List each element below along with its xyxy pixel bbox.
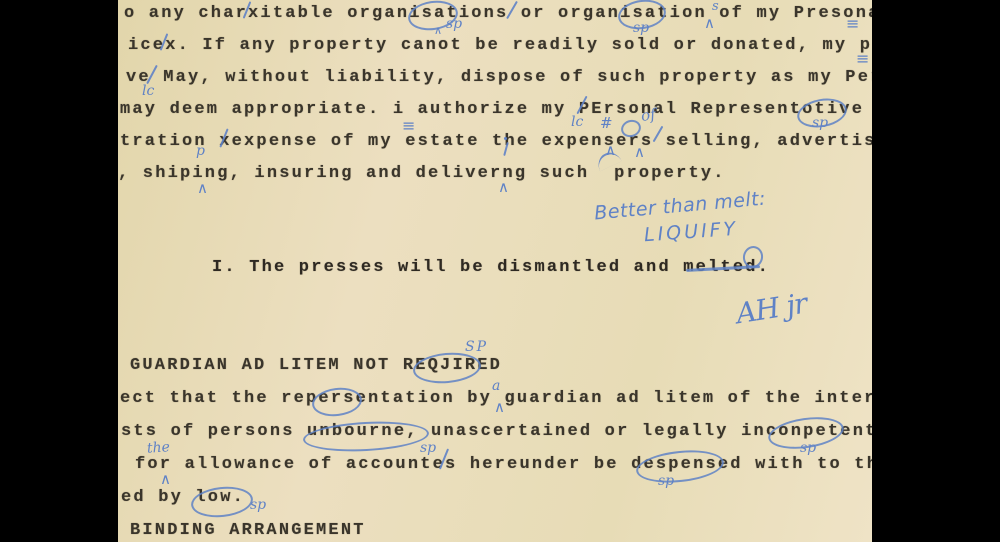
typed-line: o any charxitable organisations or organ… [124,4,872,24]
scanned-document-photo: o any charxitable organisations or organ… [0,0,1000,542]
proofmark-sp-label: sp [633,21,649,35]
proofmark-caret-canot: ∧ [434,25,442,36]
proofmark-sp-label: sp [812,116,828,130]
proofmark-insert-of: of [640,107,656,123]
proofmark-insert-space: # [600,116,613,130]
typed-heading-binding: BINDING ARRANGEMENT [130,521,366,541]
proofmark-lc-label: lc [571,115,583,129]
typed-line: sts of persons unbourne, unascertained o… [121,422,872,442]
typed-line: , shiping, insuring and deliverng such p… [118,164,726,184]
proofmark-caret-shiping: ∧ [197,181,208,196]
proofmark-triple-underline-i: ≡ [402,118,415,134]
proofmark-sp-label: sp [800,441,816,455]
proofmark-sp-label: sp [658,474,674,488]
proofmark-caret-deliverng: ∧ [498,180,509,195]
proofmark-sp-label: sp [420,441,436,455]
proofmark-triple-underline: ≡ [856,51,869,67]
proofmark-caret: ∧ [704,16,715,31]
proofmark-sp-label-caps: SP [465,340,488,354]
proofmark-insert-the: the [147,440,171,456]
proofmark-lc-label: lc [142,84,154,98]
typed-line: for allowance of accountes hereunder be … [135,455,872,475]
proofmark-triple-underline: ≡ [846,16,859,32]
proofmark-insert-s: s [712,0,719,14]
typewritten-page: o any charxitable organisations or organ… [118,0,872,542]
typed-line: icex. If any property canot be readily s… [128,36,872,56]
typed-line: may deem appropriate. i authorize my PEr… [120,100,864,120]
proofmark-caret: ∧ [634,145,645,160]
proofmark-insert-p: p [196,144,205,158]
typed-line: ve May, without liability, dispose of su… [126,68,872,88]
proofmark-sp-label: sp [250,498,266,512]
proofmark-caret-by: ∧ [494,400,505,415]
proofmark-insert-a: a [492,379,500,393]
proofmark-insert-i-dot [504,137,507,140]
proofmark-sp-label: sp [446,17,462,31]
typed-line: tration xexpense of my estate the expens… [120,132,872,152]
proofmark-caret-for: ∧ [160,472,171,487]
